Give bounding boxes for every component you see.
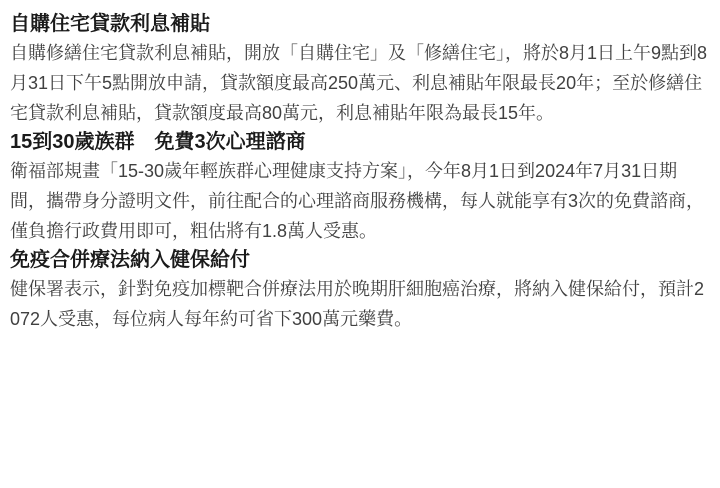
section-paragraph-free-counseling: 衛福部規畫「15-30歲年輕族群心理健康支持方案」，今年8月1日到2024年7月…	[10, 156, 710, 246]
section-heading-housing-loan-subsidy: 自購住宅貸款利息補貼	[10, 10, 710, 38]
section-heading-immunotherapy-coverage: 免疫合併療法納入健保給付	[10, 246, 710, 274]
section-heading-free-counseling: 15到30歲族群 免費3次心理諮商	[10, 128, 710, 156]
news-article: 自購住宅貸款利息補貼 自購修繕住宅貸款利息補貼，開放「自購住宅」及「修繕住宅」，…	[0, 0, 720, 334]
section-paragraph-immunotherapy-coverage: 健保署表示，針對免疫加標靶合併療法用於晚期肝細胞癌治療，將納入健保給付，預計20…	[10, 274, 710, 334]
section-paragraph-housing-loan-subsidy: 自購修繕住宅貸款利息補貼，開放「自購住宅」及「修繕住宅」，將於8月1日上午9點到…	[10, 38, 710, 128]
